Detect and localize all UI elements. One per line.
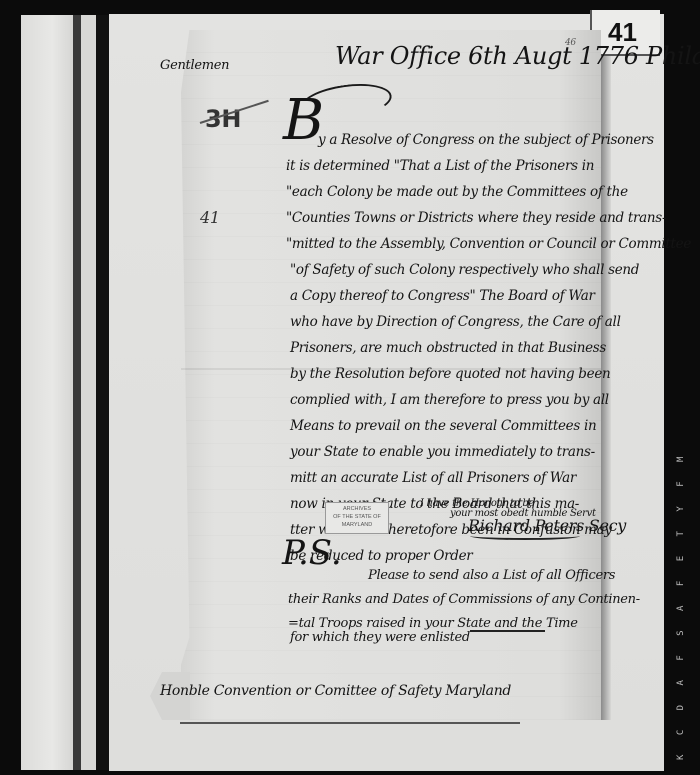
- body-line: "each Colony be made out by the Committe…: [286, 184, 628, 200]
- closing-dash: [470, 630, 545, 632]
- body-line: Prisoners, are much obstructed in that B…: [290, 340, 606, 356]
- signature-flourish: [470, 532, 580, 540]
- body-line: "mitted to the Assembly, Convention or C…: [286, 236, 691, 252]
- postscript-line: Please to send also a List of all Office…: [368, 568, 615, 583]
- stamp-line: MARYLAND: [326, 521, 388, 529]
- postscript-line: for which they were enlisted: [290, 630, 470, 645]
- adjacent-page-strip-narrow: [81, 15, 96, 770]
- dateline: War Office 6th Augt 1776 Philada: [335, 42, 700, 70]
- archives-stamp: ARCHIVES OF THE STATE OF MARYLAND: [325, 502, 389, 534]
- address-line: Honble Convention or Comittee of Safety …: [160, 683, 511, 699]
- body-line: Means to prevail on the several Committe…: [290, 418, 596, 434]
- body-line: "of Safety of such Colony respectively w…: [290, 262, 639, 278]
- postscript-line: =tal Troops raised in your State and the…: [288, 616, 578, 631]
- page-gap: [96, 15, 109, 770]
- stamp-line: ARCHIVES: [326, 505, 388, 513]
- body-line: by the Resolution before quoted not havi…: [290, 366, 610, 382]
- dateline-annotation: 46: [565, 38, 576, 48]
- body-line: it is determined "That a List of the Pri…: [286, 158, 594, 174]
- salutation: Gentlemen: [160, 58, 229, 73]
- page-edge-shadow: [73, 15, 81, 770]
- microfilm-reel-label: K C D A F S A F E T Y F M: [676, 450, 686, 760]
- body-line: your State to enable you immediately to …: [290, 444, 595, 460]
- body-line: a Copy thereof to Congress" The Board of…: [290, 288, 595, 304]
- postscript-line: their Ranks and Dates of Commissions of …: [288, 592, 640, 607]
- folio-number: 41: [200, 208, 220, 227]
- body-line: "Counties Towns or Districts where they …: [286, 210, 666, 226]
- adjacent-page-strip: [21, 15, 73, 770]
- body-line: mitt an accurate List of all Prisoners o…: [290, 470, 576, 486]
- body-line: who have by Direction of Congress, the C…: [290, 314, 621, 330]
- stamp-line: OF THE STATE OF: [326, 513, 388, 521]
- postscript-mark: P.S.: [282, 533, 342, 573]
- address-fold-edge: [180, 722, 520, 724]
- body-line: complied with, I am therefore to press y…: [290, 392, 609, 408]
- body-line: y a Resolve of Congress on the subject o…: [318, 132, 654, 148]
